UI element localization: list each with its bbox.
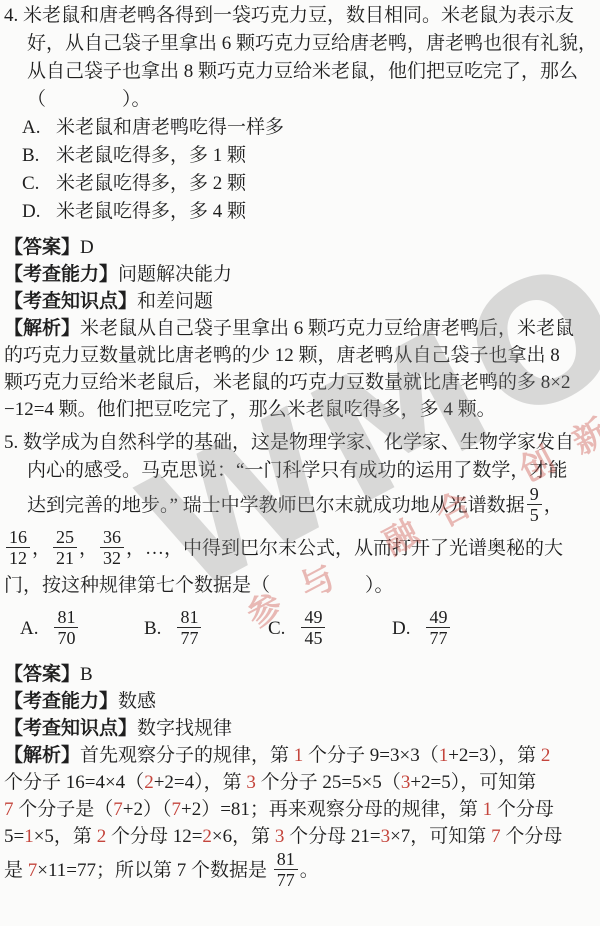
highlighted-number: 7 [113, 799, 123, 820]
fraction: 49 45 [301, 607, 325, 648]
analysis-line: 颗巧克力豆给米老鼠后，米老鼠的巧克力豆数量就比唐老鸭的多 8×2 [4, 369, 594, 396]
ability-value: 问题解决能力 [118, 264, 232, 285]
analysis-line: 个分子 16=4×4（2+2=4），第 3 个分子 25=5×5（3+2=5），… [4, 769, 594, 796]
analysis-line: 5=1×5，第 2 个分母 12=2×6，第 3 个分母 21=3×7，可知第 … [4, 823, 594, 850]
question-4-line: 4. 米老鼠和唐老鸭各得到一袋巧克力豆，数目相同。米老鼠为表示友 [4, 2, 594, 30]
analysis-line: 7 个分子是（7+2）（7+2）=81；再来观察分母的规律，第 1 个分母 [4, 796, 594, 823]
highlighted-number: 2 [541, 745, 551, 766]
analysis-label: 【解析】 [4, 745, 80, 766]
fraction-denominator: 70 [54, 627, 78, 648]
analysis-line: 【解析】米老鼠从自己袋子里拿出 6 颗巧克力豆给唐老鸭后，米老鼠 [4, 315, 594, 342]
fraction-denominator: 45 [301, 627, 325, 648]
fraction-numerator: 25 [53, 527, 77, 547]
knowledge-label: 【考查知识点】 [4, 718, 137, 739]
question-5-line: 达到完善的地步。” 瑞士中学教师巴尔末就成功地从光谱数据95， [4, 485, 594, 528]
highlighted-number: 1 [294, 745, 304, 766]
highlighted-number: 3 [246, 772, 256, 793]
option-text: 米老鼠和唐老鸭吃得一样多 [56, 117, 284, 138]
ability-label: 【考查能力】 [4, 264, 118, 285]
highlighted-number: 1 [483, 799, 493, 820]
highlighted-number: 7 [28, 860, 38, 881]
highlighted-number: 7 [171, 799, 181, 820]
fraction-numerator: 9 [527, 484, 542, 504]
option-c: C.米老鼠吃得多，多 2 颗 [4, 170, 594, 198]
ability-row: 【考查能力】问题解决能力 [4, 261, 594, 288]
option-text: 米老鼠吃得多，多 2 颗 [56, 173, 246, 194]
knowledge-label: 【考查知识点】 [4, 291, 137, 312]
analysis-line: 是 7×11=77；所以第 7 个数据是 8177。 [4, 850, 594, 893]
question-4: 4. 米老鼠和唐老鸭各得到一袋巧克力豆，数目相同。米老鼠为表示友 好，从自己袋子… [4, 2, 594, 226]
analysis-label: 【解析】 [4, 318, 80, 339]
highlighted-number: 1 [24, 826, 34, 847]
fraction-denominator: 77 [274, 869, 298, 890]
fraction-denominator: 21 [53, 547, 77, 568]
fraction-numerator: 81 [177, 607, 201, 627]
answer-value: D [80, 237, 94, 258]
highlighted-number: 7 [491, 826, 501, 847]
question-5-line: 1612，2521，3632，…，中得到巴尔末公式，从而打开了光谱奥秘的大 [4, 528, 594, 571]
answer-value: B [80, 664, 93, 685]
knowledge-row: 【考查知识点】和差问题 [4, 288, 594, 315]
fraction-numerator: 49 [301, 607, 325, 627]
option-c: C. 49 45 [268, 608, 392, 651]
fraction-denominator: 77 [177, 627, 201, 648]
highlighted-number: 7 [4, 799, 14, 820]
analysis-line: 的巧克力豆数量就比唐老鸭的少 12 颗，唐老鸭从自己袋子也拿出 8 [4, 342, 594, 369]
answer-row: 【答案】D [4, 234, 594, 261]
fraction-numerator: 36 [100, 527, 124, 547]
highlighted-number: 2 [202, 826, 212, 847]
analysis-text: 米老鼠从自己袋子里拿出 6 颗巧克力豆给唐老鸭后，米老鼠 [80, 318, 574, 339]
scanned-test-page: { "colors": { "accent_red": "#c4453c", "… [0, 0, 600, 926]
answer-label: 【答案】 [4, 664, 80, 685]
fraction-numerator: 81 [274, 849, 298, 869]
fraction: 3632 [100, 527, 124, 568]
analysis-line: 【解析】首先观察分子的规律，第 1 个分子 9=3×3（1+2=3），第 2 [4, 742, 594, 769]
highlighted-number: 2 [144, 772, 154, 793]
option-text: 米老鼠吃得多，多 4 颗 [56, 201, 246, 222]
question-5-line: 门，按这种规律第七个数据是（ ）。 [4, 572, 594, 600]
highlighted-number: 2 [97, 826, 107, 847]
ability-label: 【考查能力】 [4, 691, 118, 712]
fraction-numerator: 16 [6, 527, 30, 547]
knowledge-value: 数字找规律 [137, 718, 232, 739]
question-5-line: 5. 数学成为自然科学的基础，这是物理学家、化学家、生物学家发自 [4, 429, 594, 457]
ability-row: 【考查能力】数感 [4, 688, 594, 715]
option-letter: B. [22, 142, 56, 170]
question-5-line: 内心的感受。马克思说：“一门科学只有成功的运用了数学，才能 [4, 457, 594, 485]
answer-row: 【答案】B [4, 661, 594, 688]
option-letter: D. [392, 618, 410, 640]
fraction-numerator: 49 [426, 607, 450, 627]
fraction: 49 77 [426, 607, 450, 648]
option-b: B. 81 77 [144, 608, 268, 651]
highlighted-number: 3 [401, 772, 411, 793]
fraction: 81 77 [177, 607, 201, 648]
question-4-line: 好，从自己袋子里拿出 6 颗巧克力豆给唐老鸭，唐老鸭也很有礼貌， [4, 30, 594, 58]
ability-value: 数感 [118, 691, 156, 712]
question-4-line: （ ）。 [4, 86, 594, 114]
fraction-denominator: 5 [527, 504, 542, 525]
option-a: A. 81 70 [20, 608, 144, 651]
fraction: 81 70 [54, 607, 78, 648]
option-b: B.米老鼠吃得多，多 1 颗 [4, 142, 594, 170]
option-letter: A. [22, 114, 56, 142]
option-a: A.米老鼠和唐老鸭吃得一样多 [4, 114, 594, 142]
option-letter: C. [268, 618, 285, 640]
fraction: 8177 [274, 849, 298, 890]
question-4-line: 从自己袋子也拿出 8 颗巧克力豆给米老鼠，他们把豆吃完了，那么 [4, 58, 594, 86]
knowledge-value: 和差问题 [137, 291, 213, 312]
option-d: D.米老鼠吃得多，多 4 颗 [4, 198, 594, 226]
option-letter: C. [22, 170, 56, 198]
option-letter: A. [20, 618, 38, 640]
analysis-text: 首先观察分子的规律，第 1 个分子 9=3×3（1+2=3），第 2 [80, 745, 550, 766]
option-letter: D. [22, 198, 56, 226]
option-letter: B. [144, 618, 161, 640]
option-d: D. 49 77 [392, 608, 516, 651]
fraction: 95 [527, 484, 542, 525]
answer-block-4: 【答案】D 【考查能力】问题解决能力 【考查知识点】和差问题 【解析】米老鼠从自… [4, 234, 594, 423]
analysis-line: −12=4 颗。他们把豆吃完了，那么米老鼠吃得多，多 4 颗。 [4, 396, 594, 423]
fraction-denominator: 12 [6, 547, 30, 568]
option-text: 米老鼠吃得多，多 1 颗 [56, 145, 246, 166]
highlighted-number: 3 [275, 826, 285, 847]
fraction: 2521 [53, 527, 77, 568]
knowledge-row: 【考查知识点】数字找规律 [4, 715, 594, 742]
question-5: 5. 数学成为自然科学的基础，这是物理学家、化学家、生物学家发自 内心的感受。马… [4, 429, 594, 651]
question-5-options-row: A. 81 70 B. 81 77 C. 49 45 D. 49 77 [4, 608, 594, 651]
answer-label: 【答案】 [4, 237, 80, 258]
fraction-denominator: 77 [426, 627, 450, 648]
highlighted-number: 1 [439, 745, 449, 766]
highlighted-number: 3 [381, 826, 391, 847]
fraction: 1612 [6, 527, 30, 568]
fraction-numerator: 81 [54, 607, 78, 627]
fraction-denominator: 32 [100, 547, 124, 568]
answer-block-5: 【答案】B 【考查能力】数感 【考查知识点】数字找规律 【解析】首先观察分子的规… [4, 661, 594, 893]
